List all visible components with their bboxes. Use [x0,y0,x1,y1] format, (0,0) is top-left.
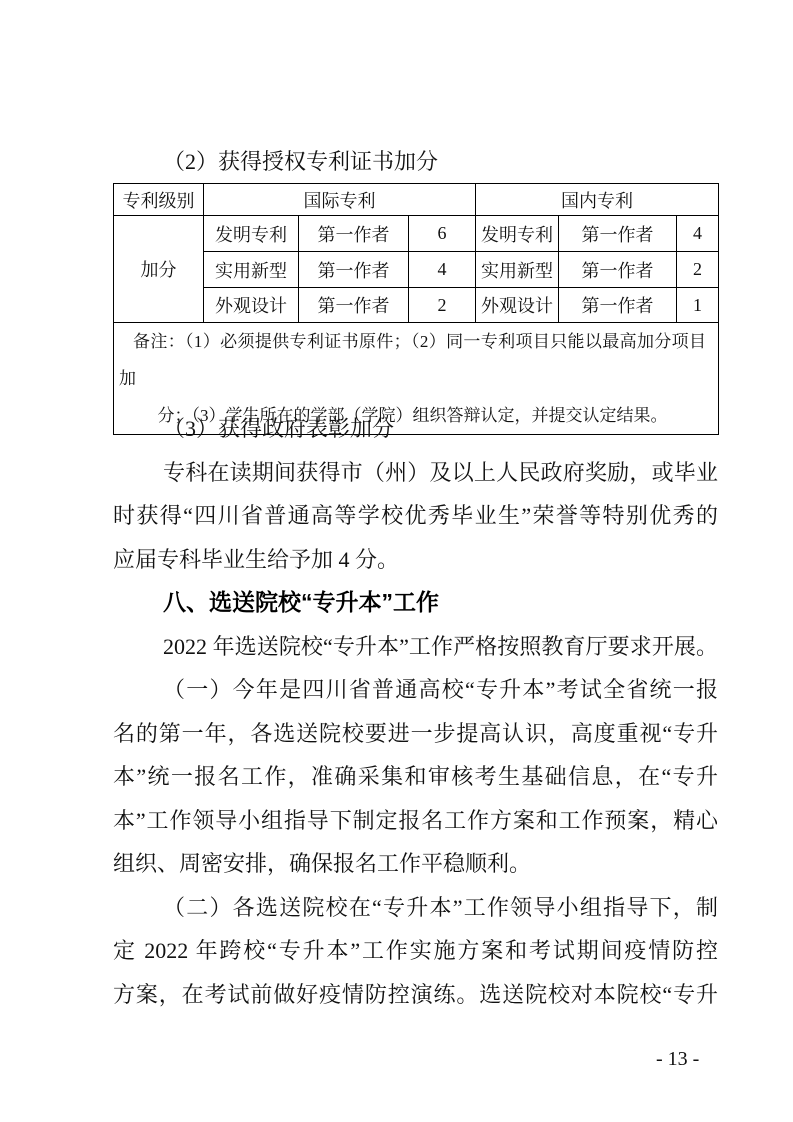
para-gov-line: 时获得“四川省普通高等学校优秀毕业生”荣誉等特别优秀的 [113,494,718,538]
para-two-line: 定 2022 年跨校“专升本”工作实施方案和考试期间疫情防控 [113,929,718,973]
cell-dom-score: 2 [677,252,719,288]
cell-dom-type: 外观设计 [476,288,559,323]
para-gov-line: 专科在读期间获得市（州）及以上人民政府奖励，或毕业 [113,451,718,495]
cell-dom-type: 发明专利 [476,216,559,252]
patent-section: （2）获得授权专利证书加分 专利级别 国际专利 国内专利 加分 发明专利 第一作… [113,140,718,435]
heading-gov-bonus: （3）获得政府表彰加分 [113,407,718,451]
para-gov-line: 应届专科毕业生给予加 4 分。 [113,538,718,582]
cell-intl-score: 6 [409,216,476,252]
cell-dom-score: 1 [677,288,719,323]
body-text: （3）获得政府表彰加分 专科在读期间获得市（州）及以上人民政府奖励，或毕业 时获… [113,407,718,1016]
cell-intl-type: 发明专利 [204,216,299,252]
para-one-line: 组织、周密安排，确保报名工作平稳顺利。 [113,842,718,886]
cell-intl-type: 外观设计 [204,288,299,323]
cell-intl-score: 4 [409,252,476,288]
cell-intl-type: 实用新型 [204,252,299,288]
heading-section-eight: 八、选送院校“专升本”工作 [113,581,718,625]
document-page: （2）获得授权专利证书加分 专利级别 国际专利 国内专利 加分 发明专利 第一作… [0,0,793,1122]
note-line: 备注：（1）必须提供专利证书原件；（2）同一专利项目只能以最高加分项目加 [114,323,718,397]
header-cell-international: 国际专利 [204,184,476,216]
table-row: 加分 发明专利 第一作者 6 发明专利 第一作者 4 [114,216,719,252]
para-two-line: 方案，在考试前做好疫情防控演练。选送院校对本院校“专升 [113,973,718,1017]
cell-dom-author: 第一作者 [559,288,677,323]
table-row: 实用新型 第一作者 4 实用新型 第一作者 2 [114,252,719,288]
cell-dom-type: 实用新型 [476,252,559,288]
para-one-line: 本”工作领导小组指导下制定报名工作方案和工作预案，精心 [113,799,718,843]
cell-intl-score: 2 [409,288,476,323]
cell-intl-author: 第一作者 [299,288,409,323]
cell-intl-author: 第一作者 [299,216,409,252]
header-cell-patent-level: 专利级别 [114,184,204,216]
cell-dom-author: 第一作者 [559,216,677,252]
cell-dom-score: 4 [677,216,719,252]
para-2022-line: 2022 年选送院校“专升本”工作严格按照教育厅要求开展。 [113,625,718,669]
para-one-line: （一）今年是四川省普通高校“专升本”考试全省统一报 [113,668,718,712]
cell-dom-author: 第一作者 [559,252,677,288]
page-number: - 13 - [656,1048,699,1070]
heading-patent-bonus: （2）获得授权专利证书加分 [113,140,718,183]
patent-score-table: 专利级别 国际专利 国内专利 加分 发明专利 第一作者 6 发明专利 第一作者 … [113,183,719,435]
row-label-bonus: 加分 [114,216,204,323]
para-one-line: 本”统一报名工作，准确采集和审核考生基础信息，在“专升 [113,755,718,799]
para-one-line: 名的第一年，各选送院校要进一步提高认识，高度重视“专升 [113,712,718,756]
table-row: 外观设计 第一作者 2 外观设计 第一作者 1 [114,288,719,323]
table-header-row: 专利级别 国际专利 国内专利 [114,184,719,216]
cell-intl-author: 第一作者 [299,252,409,288]
para-two-line: （二）各选送院校在“专升本”工作领导小组指导下，制 [113,886,718,930]
header-cell-domestic: 国内专利 [476,184,719,216]
